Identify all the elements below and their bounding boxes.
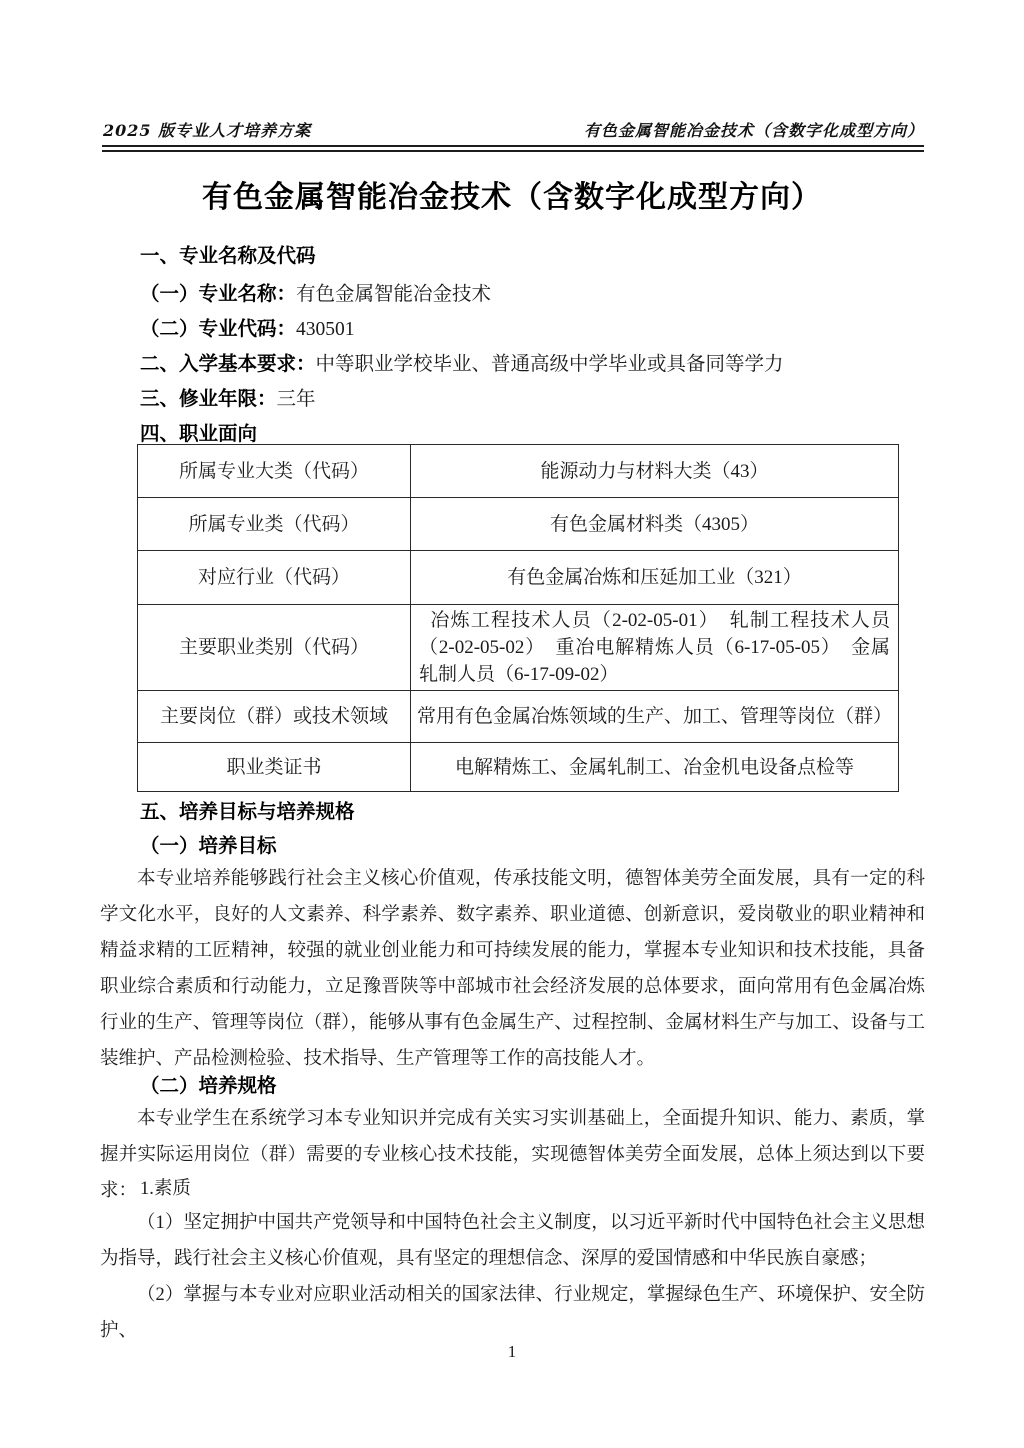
table-row: 主要岗位（群）或技术领域 常用有色金属冶炼领域的生产、加工、管理等岗位（群） [138, 691, 899, 743]
entry-requirement-value: 中等职业学校毕业、普通高级中学毕业或具备同等学力 [316, 354, 784, 375]
table-label-cell: 主要岗位（群）或技术领域 [138, 691, 411, 743]
major-name-label: （一）专业名称： [140, 283, 296, 305]
table-label-cell: 职业类证书 [138, 743, 411, 792]
table-value-cell: 常用有色金属冶炼领域的生产、加工、管理等岗位（群） [411, 691, 899, 743]
table-value-cell: 冶炼工程技术人员（2-02-05-01） 轧制工程技术人员（2-02-05-02… [411, 605, 899, 691]
section-5-heading: 五、培养目标与培养规格 [100, 799, 924, 825]
major-code-value: 430501 [296, 319, 355, 340]
major-code-label: （二）专业代码： [140, 318, 296, 340]
table-row: 对应行业（代码） 有色金属冶炼和压延加工业（321） [138, 551, 899, 605]
table-value-cell: 有色金属材料类（4305） [411, 498, 899, 551]
quality-item-2: （2）掌握与本专业对应职业活动相关的国家法律、行业规定，掌握绿色生产、环境保护、… [100, 1277, 925, 1349]
career-orientation-table: 所属专业大类（代码） 能源动力与材料大类（43） 所属专业类（代码） 有色金属材… [137, 444, 899, 792]
page-number: 1 [0, 1342, 1024, 1362]
study-duration-label: 三、修业年限： [140, 388, 277, 410]
table-label-cell: 主要职业类别（代码） [138, 605, 411, 691]
table-row: 主要职业类别（代码） 冶炼工程技术人员（2-02-05-01） 轧制工程技术人员… [138, 605, 899, 691]
major-name-line: （一）专业名称：有色金属智能冶金技术 [100, 281, 924, 308]
quality-heading: 1.素质 [100, 1176, 924, 1202]
page-title: 有色金属智能冶金技术（含数字化成型方向） [0, 172, 1024, 216]
running-header: 2025 版专业人才培养方案 有色金属智能冶金技术（含数字化成型方向） [103, 118, 924, 141]
table-label-cell: 所属专业大类（代码） [138, 445, 411, 498]
table-value-cell: 能源动力与材料大类（43） [411, 445, 899, 498]
training-goal-heading: （一）培养目标 [100, 833, 924, 859]
training-spec-heading: （二）培养规格 [100, 1073, 924, 1099]
table-row: 所属专业类（代码） 有色金属材料类（4305） [138, 498, 899, 551]
header-left-text: 2025 版专业人才培养方案 [103, 118, 311, 141]
document-page: 2025 版专业人才培养方案 有色金属智能冶金技术（含数字化成型方向） 有色金属… [0, 0, 1024, 1448]
table-value-cell: 有色金属冶炼和压延加工业（321） [411, 551, 899, 605]
entry-requirement-label: 二、入学基本要求： [140, 353, 316, 375]
header-right-text: 有色金属智能冶金技术（含数字化成型方向） [584, 118, 924, 141]
quality-item-1: （1）坚定拥护中国共产党领导和中国特色社会主义制度，以习近平新时代中国特色社会主… [100, 1205, 925, 1277]
study-duration-value: 三年 [277, 389, 316, 410]
entry-requirement-line: 二、入学基本要求：中等职业学校毕业、普通高级中学毕业或具备同等学力 [100, 351, 924, 378]
table-label-cell: 所属专业类（代码） [138, 498, 411, 551]
major-code-line: （二）专业代码：430501 [100, 316, 924, 343]
training-goal-paragraph: 本专业培养能够践行社会主义核心价值观，传承技能文明，德智体美劳全面发展，具有一定… [100, 861, 925, 1077]
major-name-value: 有色金属智能冶金技术 [296, 284, 491, 305]
section-1-heading: 一、专业名称及代码 [100, 243, 924, 269]
header-double-rule [102, 145, 924, 152]
table-label-cell: 对应行业（代码） [138, 551, 411, 605]
table-row: 职业类证书 电解精炼工、金属轧制工、冶金机电设备点检等 [138, 743, 899, 792]
table-value-cell: 电解精炼工、金属轧制工、冶金机电设备点检等 [411, 743, 899, 792]
table-row: 所属专业大类（代码） 能源动力与材料大类（43） [138, 445, 899, 498]
study-duration-line: 三、修业年限：三年 [100, 386, 924, 413]
